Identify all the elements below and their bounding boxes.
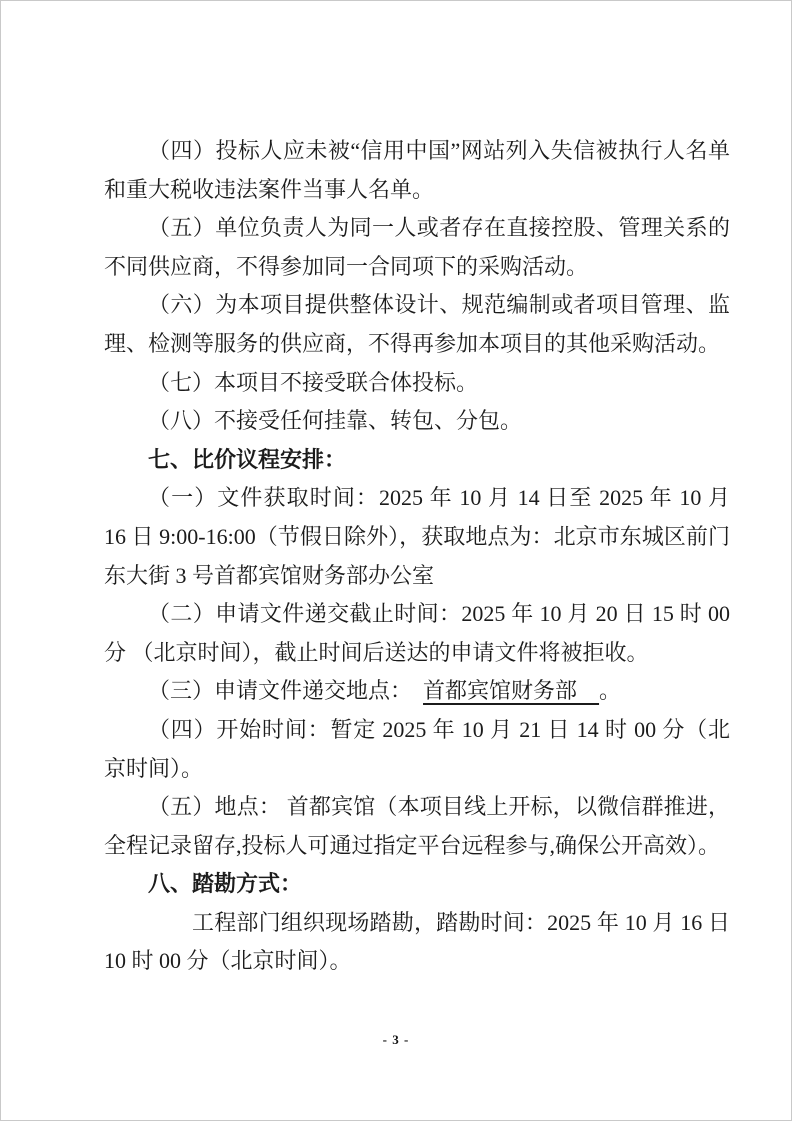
document-page: （四）投标人应未被“信用中国”网站列入失信被执行人名单和重大税收违法案件当事人名…	[0, 0, 792, 1121]
paragraph-schedule-4: （四）开始时间：暂定 2025 年 10 月 21 日 14 时 00 分（北京…	[104, 711, 730, 788]
section-heading-7: 七、比价议程安排：	[104, 441, 730, 480]
paragraph-schedule-2: （二）申请文件递交截止时间：2025 年 10 月 20 日 15 时 00 分…	[104, 595, 730, 672]
submission-location-underlined: 首都宾馆财务部	[423, 678, 599, 703]
schedule-3-suffix: 。	[599, 678, 621, 703]
section-heading-8: 八、踏勘方式：	[104, 865, 730, 904]
paragraph-item-5: （五）单位负责人为同一人或者存在直接控股、管理关系的不同供应商，不得参加同一合同…	[104, 209, 730, 286]
page-number: - 3 -	[1, 1032, 791, 1048]
paragraph-item-8: （八）不接受任何挂靠、转包、分包。	[104, 402, 730, 441]
paragraph-schedule-3: （三）申请文件递交地点： 首都宾馆财务部 。	[104, 672, 730, 711]
schedule-3-prefix: （三）申请文件递交地点：	[148, 678, 401, 703]
document-body: （四）投标人应未被“信用中国”网站列入失信被执行人名单和重大税收违法案件当事人名…	[104, 132, 730, 981]
paragraph-item-6: （六）为本项目提供整体设计、规范编制或者项目管理、监理、检测等服务的供应商，不得…	[104, 286, 730, 363]
paragraph-item-7: （七）本项目不接受联合体投标。	[104, 364, 730, 403]
schedule-3-gap	[401, 678, 423, 703]
paragraph-item-4: （四）投标人应未被“信用中国”网站列入失信被执行人名单和重大税收违法案件当事人名…	[104, 132, 730, 209]
paragraph-schedule-5: （五）地点： 首都宾馆（本项目线上开标，以微信群推进，全程记录留存,投标人可通过…	[104, 788, 730, 865]
paragraph-survey: 工程部门组织现场踏勘，踏勘时间：2025 年 10 月 16 日 10 时 00…	[104, 904, 730, 981]
paragraph-schedule-1: （一）文件获取时间：2025 年 10 月 14 日至 2025 年 10 月 …	[104, 479, 730, 595]
